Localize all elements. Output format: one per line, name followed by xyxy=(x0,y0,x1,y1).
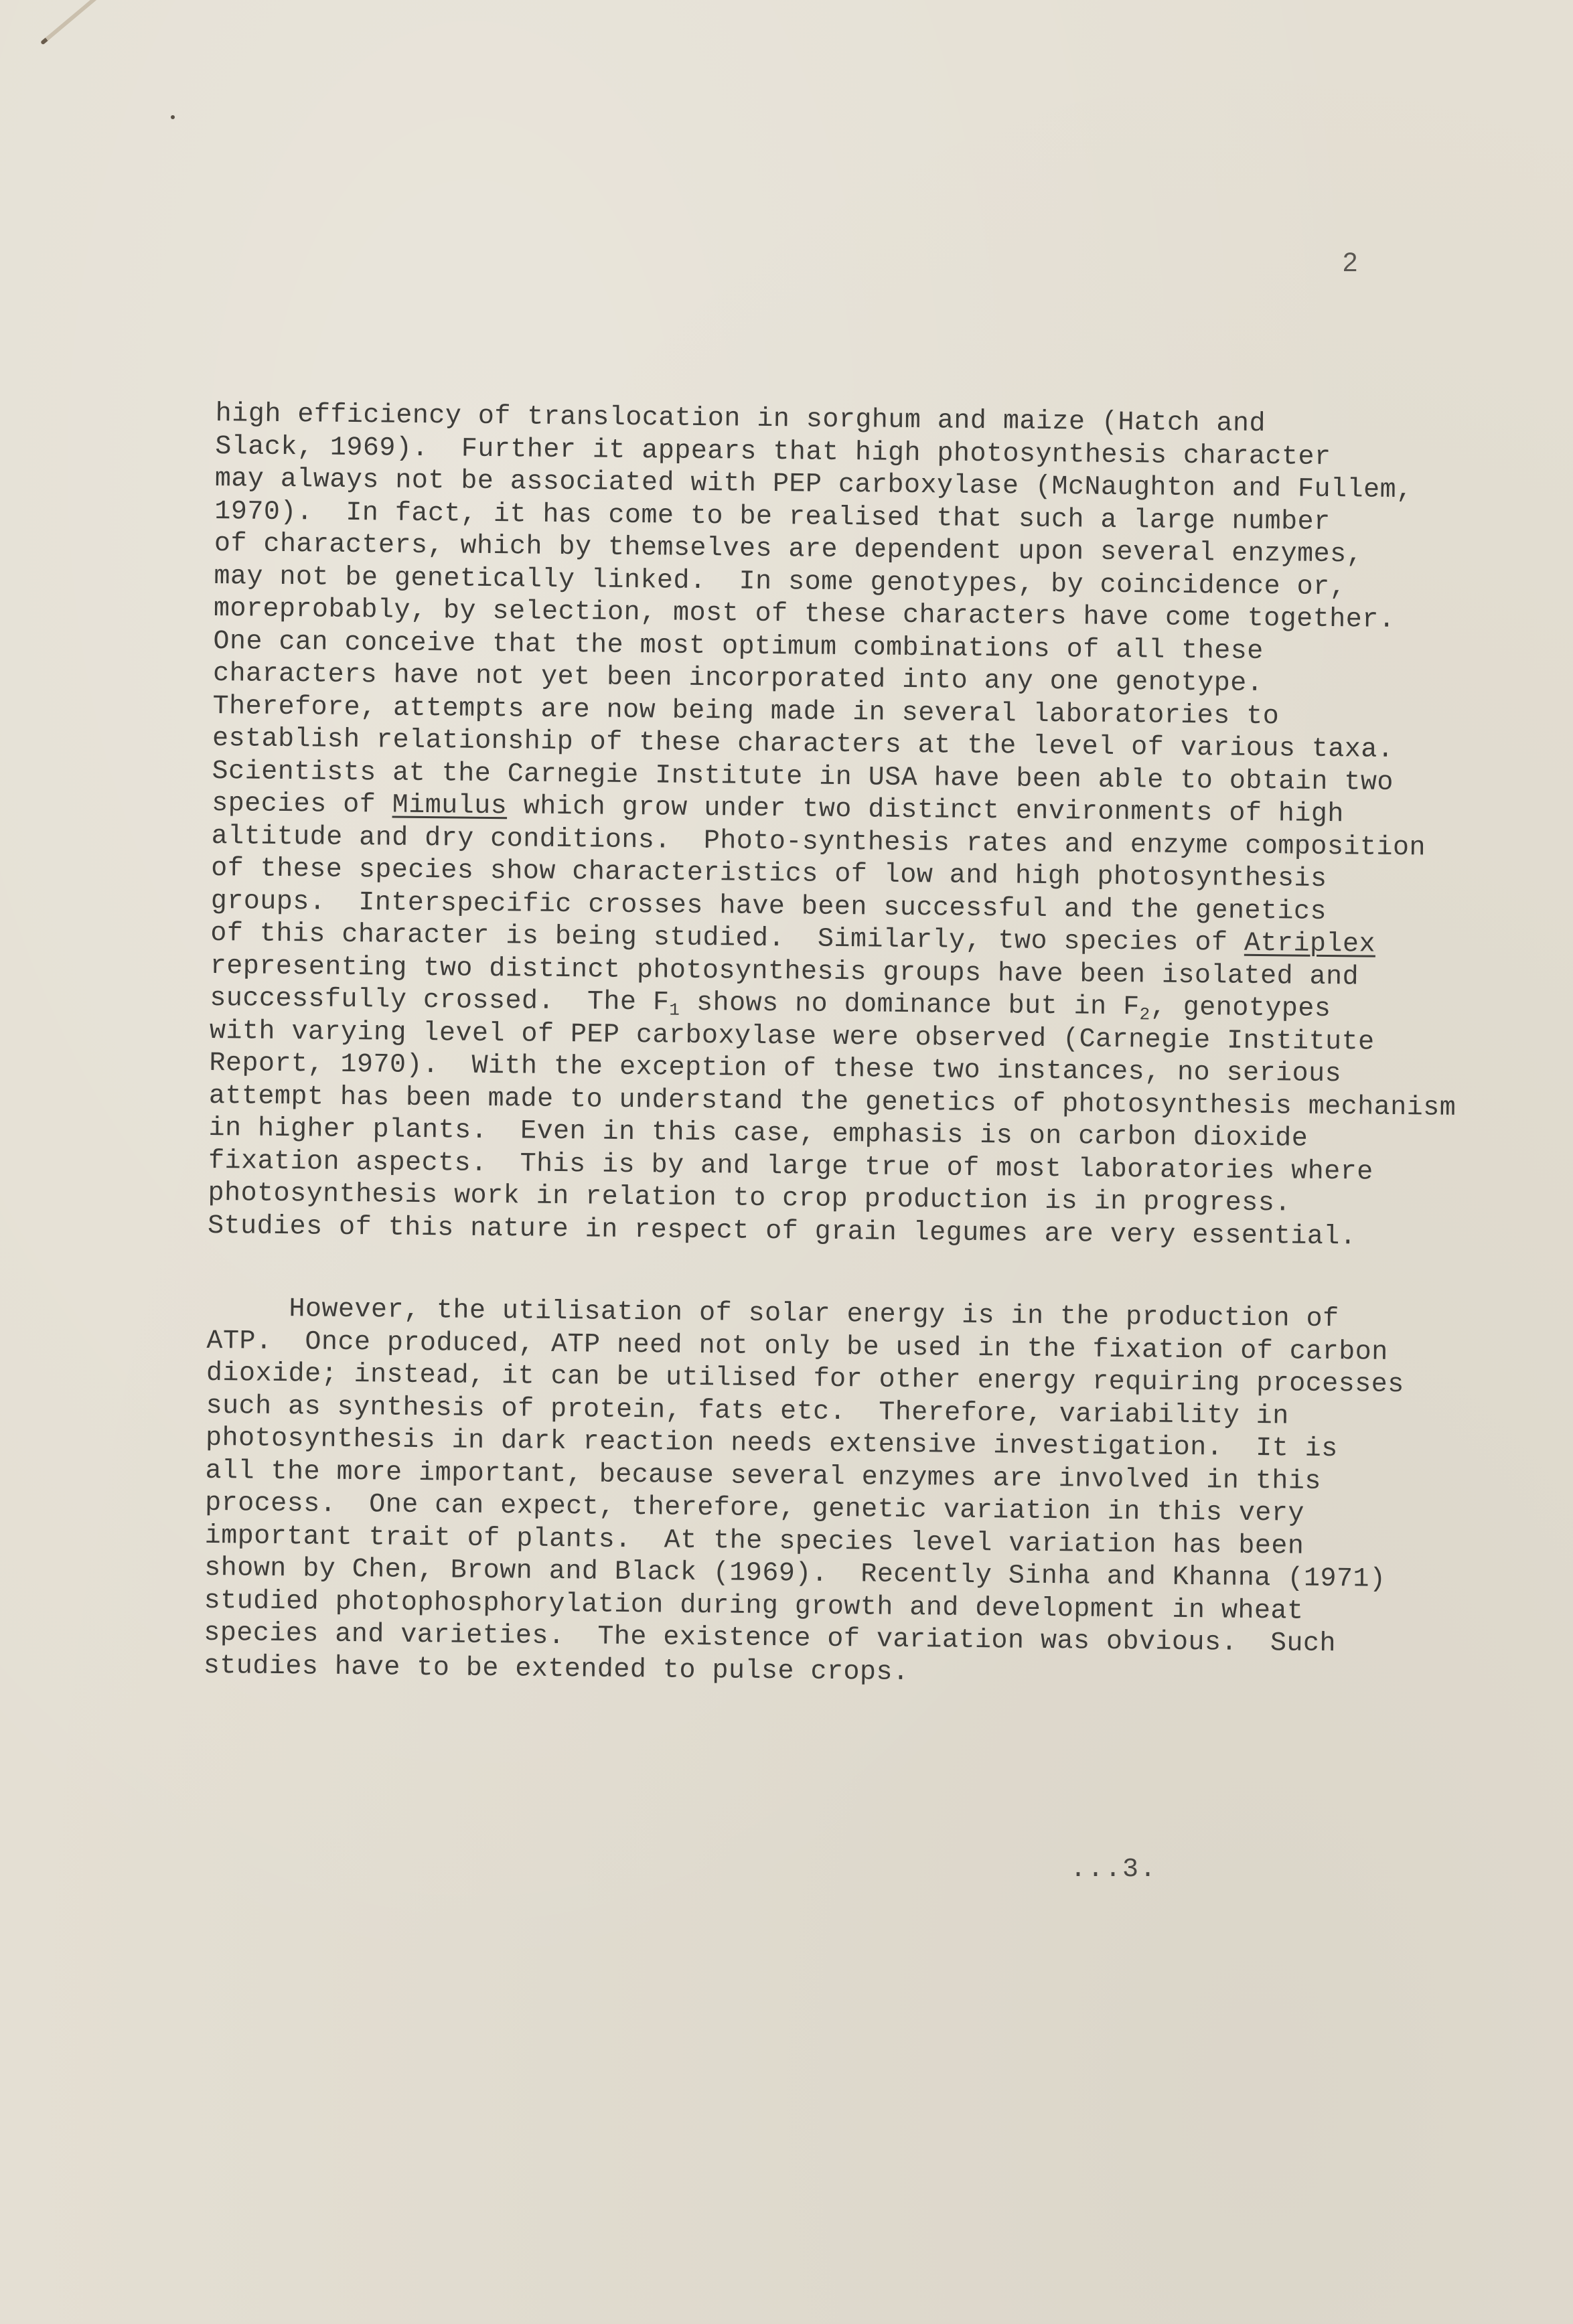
text-fragment: , genotypes xyxy=(1150,992,1331,1024)
continuation-marker: ...3. xyxy=(1070,1855,1157,1885)
text-fragment: shows no dominance but in F xyxy=(680,988,1140,1023)
genus-name-atriplex: Atriplex xyxy=(1244,929,1375,960)
document-body: high efficiency of translocation in sorg… xyxy=(204,398,1488,1695)
subscript-f2: 2 xyxy=(1139,1004,1150,1024)
paragraph-2: However, the utilisation of solar energy… xyxy=(204,1293,1479,1695)
text-fragment: which grow under two distinct environmen… xyxy=(507,791,1344,830)
paper-speck xyxy=(171,115,175,119)
page-number: 2 xyxy=(1343,248,1357,278)
text-fragment: successfully crossed. The F xyxy=(210,984,670,1018)
text-fragment: species of xyxy=(212,789,392,821)
subscript-f1: 1 xyxy=(669,1000,680,1020)
genus-name-mimulus: Mimulus xyxy=(392,791,508,822)
paragraph-1: high efficiency of translocation in sorg… xyxy=(208,398,1488,1255)
